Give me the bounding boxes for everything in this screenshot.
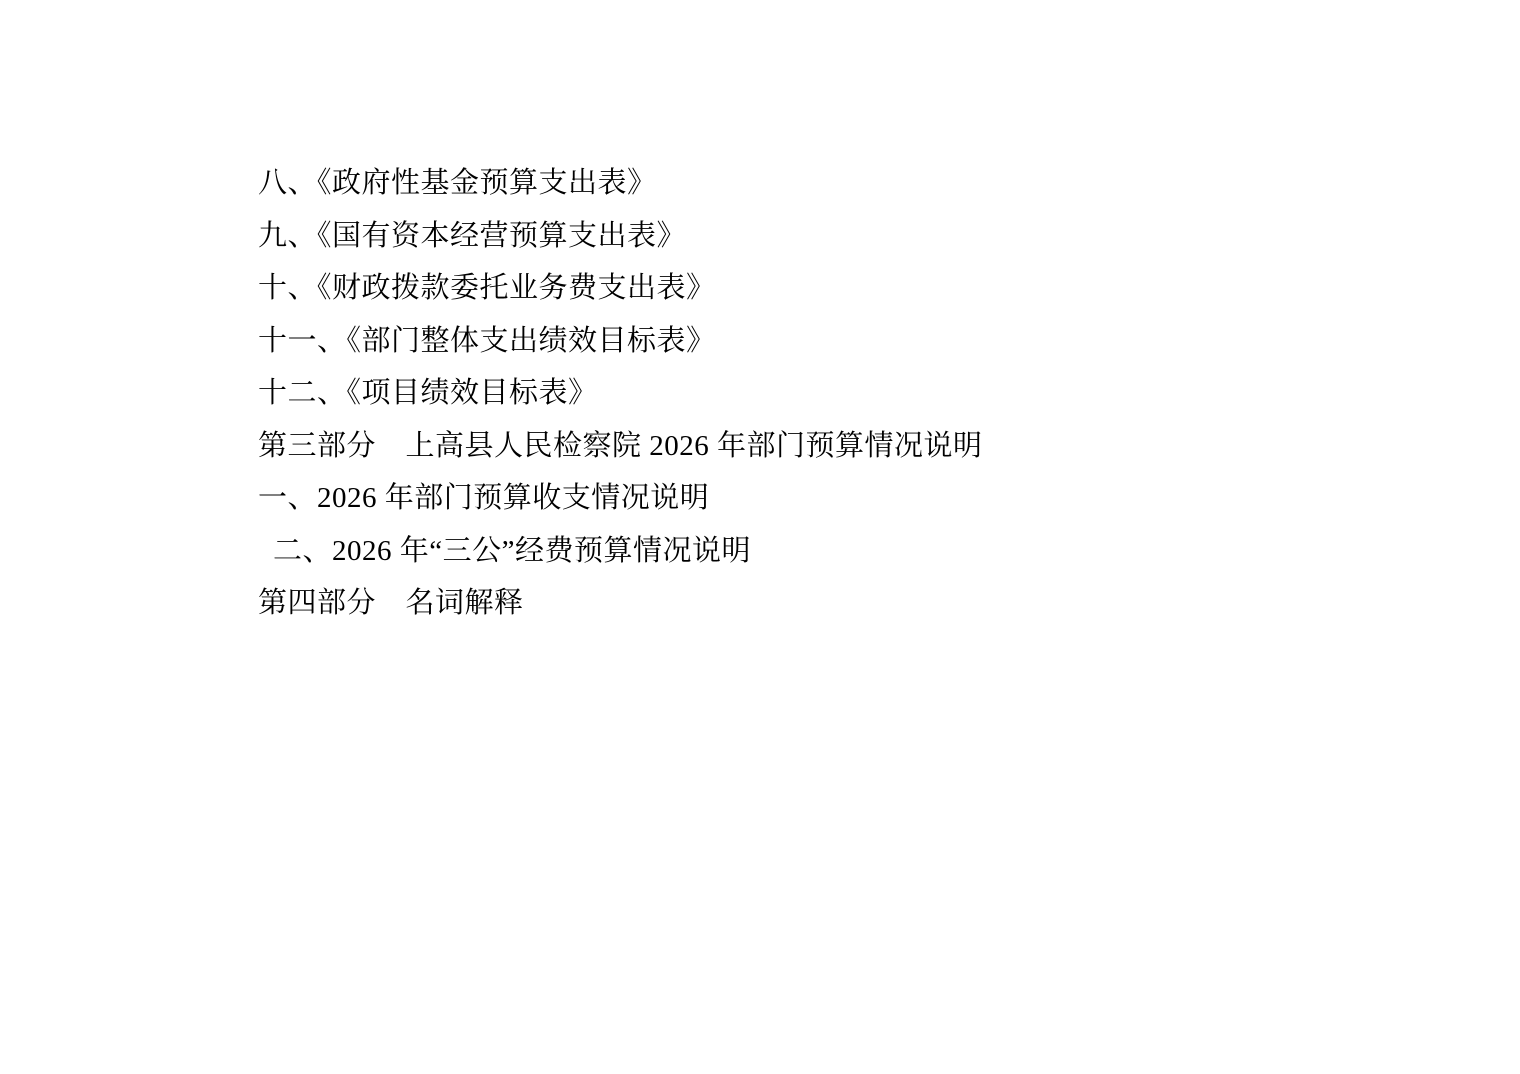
toc-item-12-project-performance-target-table: 十二、《项目绩效目标表》: [258, 367, 1308, 420]
toc-part-4-heading-glossary: 第四部分 名词解释: [258, 577, 1308, 630]
toc-part-3-item-1-budget-revenue-expenditure-explanation: 一、2026 年部门预算收支情况说明: [258, 472, 1308, 525]
toc-text-block: 八、《政府性基金预算支出表》 九、《国有资本经营预算支出表》 十、《财政拨款委托…: [258, 157, 1308, 630]
toc-part-3-heading: 第三部分 上高县人民检察院 2026 年部门预算情况说明: [258, 420, 1308, 473]
toc-item-9-state-capital-operation-budget-expenditure-table: 九、《国有资本经营预算支出表》: [258, 210, 1308, 263]
toc-item-8-government-fund-budget-expenditure-table: 八、《政府性基金预算支出表》: [258, 157, 1308, 210]
toc-item-10-fiscal-appropriation-entrusted-business-fee-expenditure-table: 十、《财政拨款委托业务费支出表》: [258, 262, 1308, 315]
document-page: 八、《政府性基金预算支出表》 九、《国有资本经营预算支出表》 十、《财政拨款委托…: [0, 0, 1520, 1074]
toc-part-3-item-2-three-public-expenses-explanation: 二、2026 年“三公”经费预算情况说明: [258, 525, 1308, 578]
toc-item-11-department-overall-expenditure-performance-target-table: 十一、《部门整体支出绩效目标表》: [258, 315, 1308, 368]
